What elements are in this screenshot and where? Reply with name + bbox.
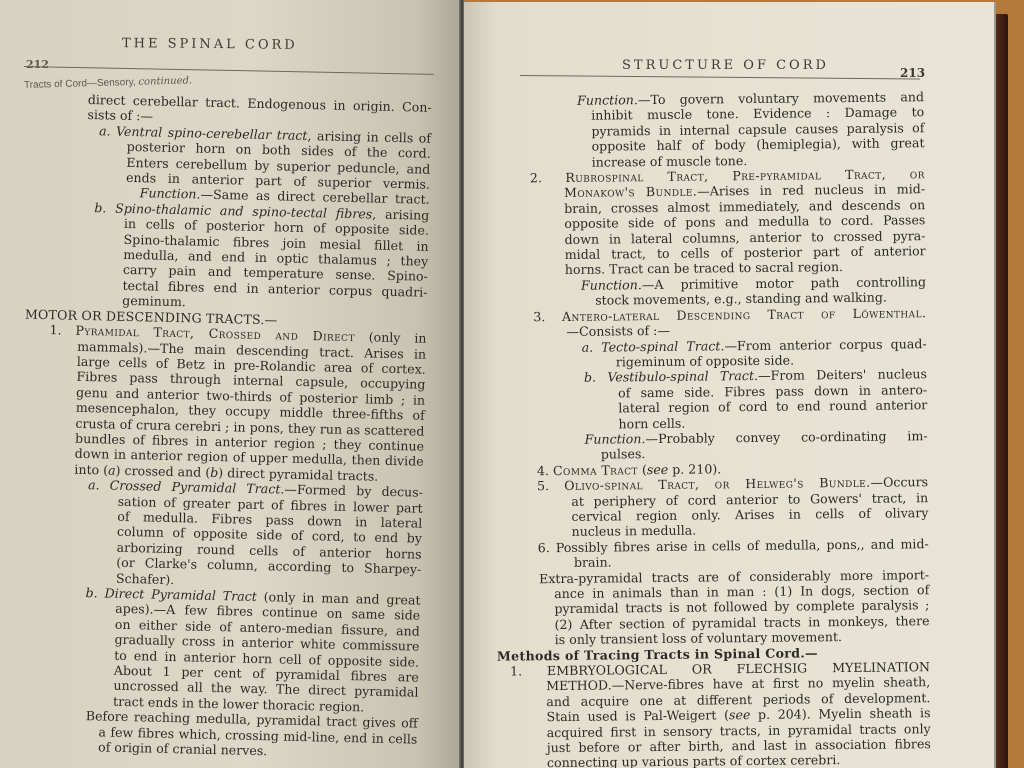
header-rule: [520, 75, 920, 79]
open-book: 212 THE SPINAL CORD Tracts of Cord—Senso…: [0, 0, 1024, 768]
side-note-text: Tracts of Cord—Sensory,: [24, 77, 139, 91]
side-note-italic: continued.: [138, 75, 192, 87]
running-head: THE SPINAL CORD: [122, 36, 298, 53]
left-page: 212 THE SPINAL CORD Tracts of Cord—Senso…: [0, 0, 462, 768]
header-rule: [24, 66, 434, 75]
running-head: STRUCTURE OF CORD: [622, 58, 829, 73]
text-line: lateral region of cord to end round ante…: [618, 397, 927, 416]
left-page-body: direct cerebellar tract. Endogenous in o…: [0, 90, 432, 762]
page-number: 212: [26, 58, 49, 71]
right-page: STRUCTURE OF CORD 213 Function.—To gover…: [464, 2, 996, 768]
text-line: connecting up various parts of cortex ce…: [547, 752, 931, 768]
side-note: Tracts of Cord—Sensory, continued.: [24, 75, 192, 91]
right-page-body: Function.—To govern voluntary movements …: [464, 89, 933, 768]
